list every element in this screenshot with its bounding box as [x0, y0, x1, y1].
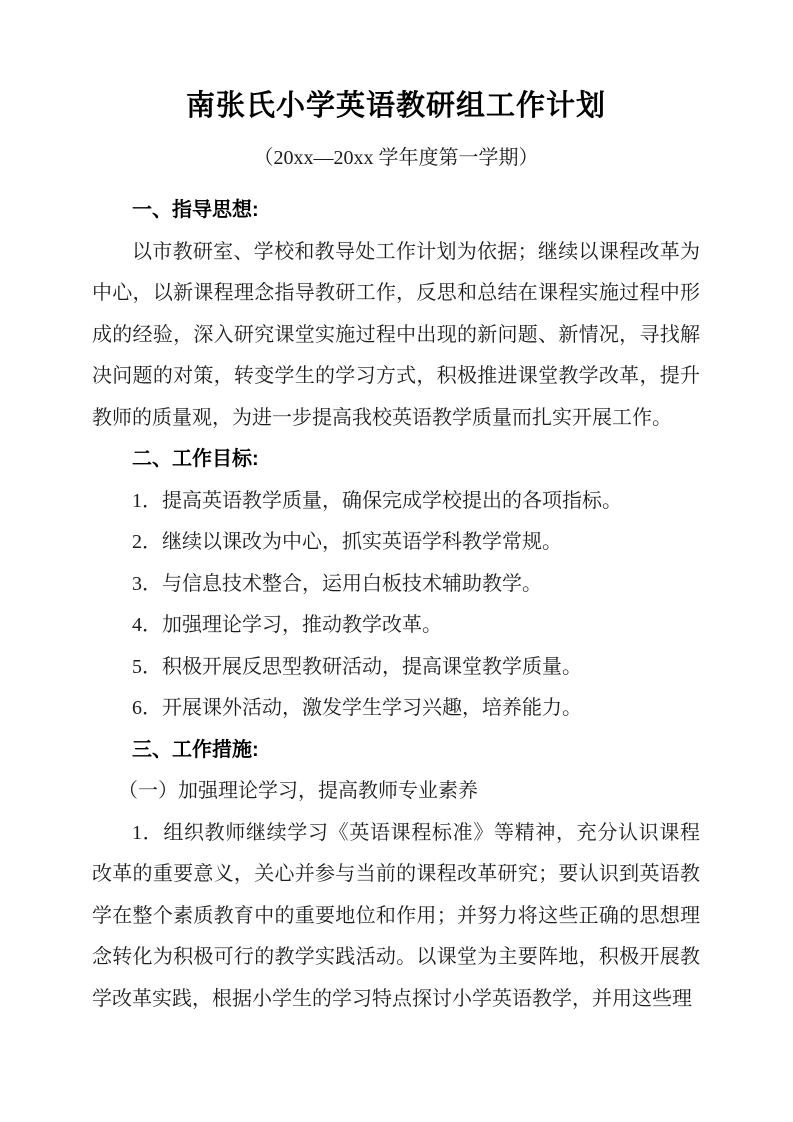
goal-item-1: 1．提高英语教学质量，确保完成学校提出的各项指标。	[92, 481, 700, 523]
paragraph-guiding-ideology: 以市教研室、学校和教导处工作计划为依据；继续以课程改革为中心，以新课程理念指导教…	[92, 232, 700, 440]
document-page: 南张氏小学英语教研组工作计划 （20xx—20xx 学年度第一学期） 一、指导思…	[0, 0, 793, 1122]
goal-item-4: 4．加强理论学习，推动教学改革。	[92, 605, 700, 647]
section-heading-1: 一、指导思想:	[92, 190, 700, 232]
section-heading-2: 二、工作目标:	[92, 439, 700, 481]
subsection-heading-1: （一）加强理论学习，提高教师专业素养	[92, 771, 700, 813]
document-body: 一、指导思想: 以市教研室、学校和教导处工作计划为依据；继续以课程改革为中心，以…	[92, 190, 700, 1020]
goal-item-6: 6．开展课外活动，激发学生学习兴趣，培养能力。	[92, 688, 700, 730]
paragraph-measures-1: 1．组织教师继续学习《英语课程标准》等精神，充分认识课程改革的重要意义，关心并参…	[92, 813, 700, 1021]
goal-item-5: 5．积极开展反思型教研活动，提高课堂教学质量。	[92, 647, 700, 689]
document-title: 南张氏小学英语教研组工作计划	[92, 84, 700, 128]
document-subtitle: （20xx—20xx 学年度第一学期）	[92, 140, 700, 176]
goal-item-2: 2．继续以课改为中心，抓实英语学科教学常规。	[92, 522, 700, 564]
goal-item-3: 3．与信息技术整合，运用白板技术辅助教学。	[92, 564, 700, 606]
section-heading-3: 三、工作措施:	[92, 730, 700, 772]
